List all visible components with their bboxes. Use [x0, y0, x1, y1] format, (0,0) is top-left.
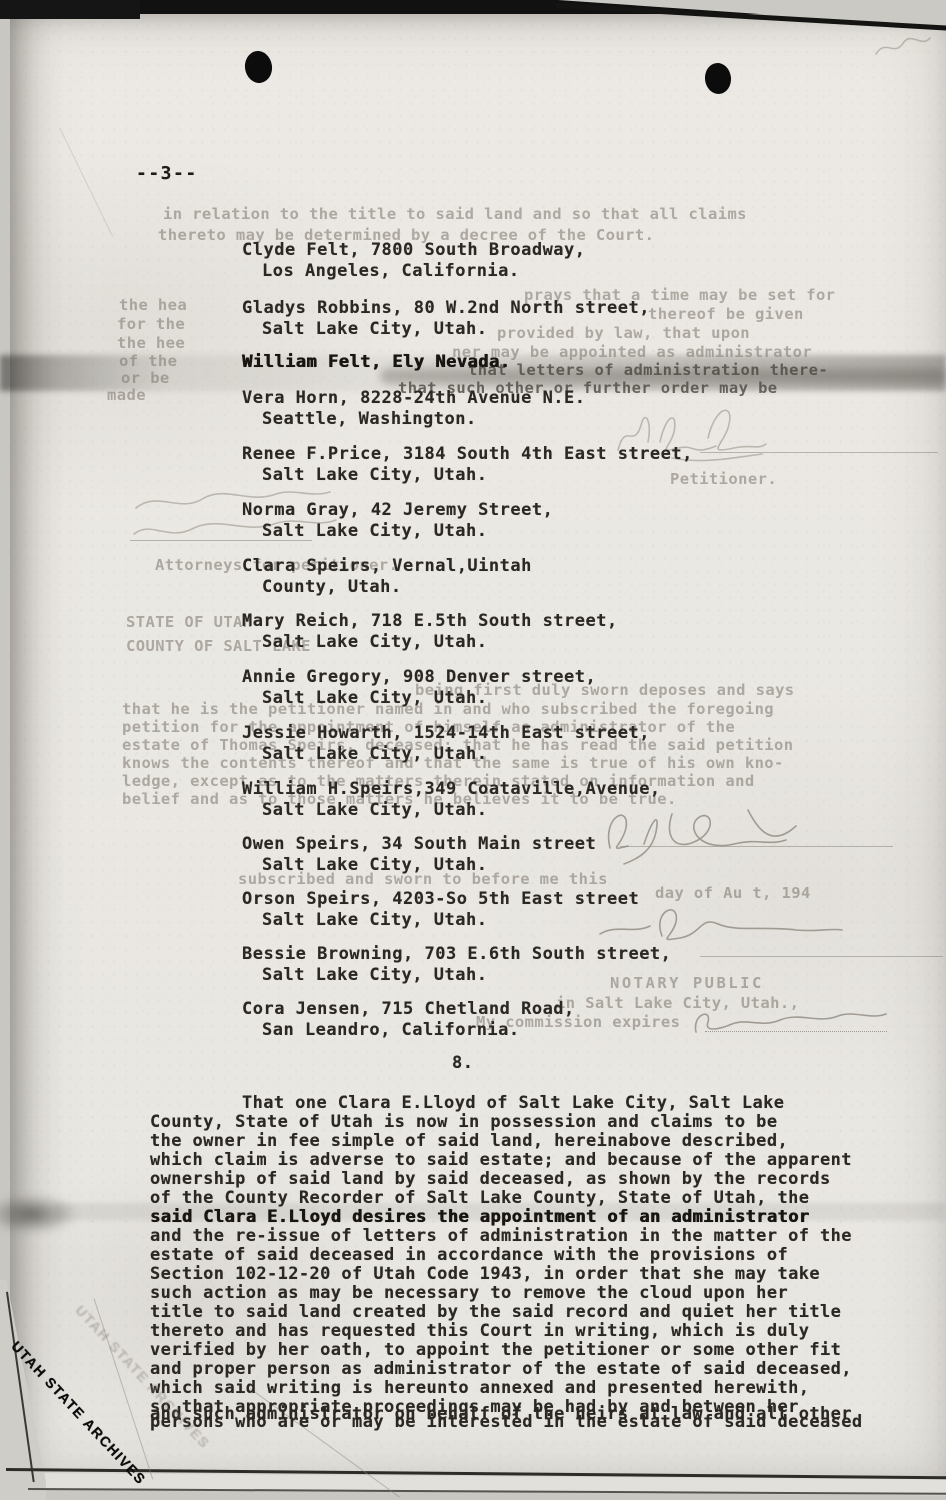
address-entry: Orson Speirs, 4203-So 5th East street Sa… [242, 889, 639, 931]
paragraph-line: estate of said deceased in accordance wi… [150, 1246, 852, 1265]
address-entry: Cora Jensen, 715 Chetland Road, San Lean… [242, 999, 575, 1041]
paragraph-line: verified by her oath, to appoint the pet… [150, 1341, 852, 1360]
underline-rule [700, 956, 943, 957]
paragraph-line: such action as may be necessary to remov… [150, 1284, 852, 1303]
address-entry: William H.Speirs,349 Coataville,Avenue, … [242, 779, 661, 821]
address-line: Gladys Robbins, 80 W.2nd North street, [242, 298, 650, 319]
address-line: San Leandro, California. [242, 1020, 575, 1041]
address-line: Clyde Felt, 7800 South Broadway, [242, 240, 586, 261]
body-paragraph: That one Clara E.Lloyd of Salt Lake City… [150, 1094, 852, 1417]
address-line: Renee F.Price, 3184 South 4th East stree… [242, 444, 693, 465]
bleedthrough-text: of the [119, 352, 177, 370]
bleedthrough-text: the hee [117, 334, 185, 352]
paragraph-line: said Clara E.Lloyd desires the appointme… [150, 1208, 852, 1227]
paragraph-line: That one Clara E.Lloyd of Salt Lake City… [150, 1094, 852, 1113]
address-entry: Clyde Felt, 7800 South Broadway, Los Ang… [242, 240, 586, 282]
bleedthrough-text: that letters of administration there- [468, 361, 828, 379]
paragraph-line: ownership of said land by said deceased,… [150, 1170, 852, 1189]
address-line: Jessie Howarth, 1524-14th East street, [242, 723, 650, 744]
scanner-top-band-corner [0, 0, 140, 19]
address-line: Salt Lake City, Utah. [242, 910, 639, 931]
underline-rule [705, 1030, 887, 1032]
address-line: William Felt, Ely Nevada. [242, 352, 510, 373]
scanned-document-page: in relation to the title to said land an… [0, 0, 946, 1500]
paragraph-line: of the County Recorder of Salt Lake Coun… [150, 1189, 852, 1208]
underline-rule [700, 452, 938, 453]
bleedthrough-text: for the [117, 315, 185, 333]
paragraph-line: the owner in fee simple of said land, he… [150, 1132, 852, 1151]
bleedthrough-text: the hea [119, 296, 187, 314]
address-line: Seattle, Washington. [242, 409, 586, 430]
address-entry: Owen Speirs, 34 South Main street Salt L… [242, 834, 596, 876]
address-line: Los Angeles, California. [242, 261, 586, 282]
address-line: Salt Lake City, Utah. [242, 632, 618, 653]
address-line: Salt Lake City, Utah. [242, 800, 661, 821]
bleedthrough-text: made [107, 386, 146, 404]
pencil-mark [872, 30, 934, 62]
bleedthrough-text: thereof be given [648, 305, 804, 323]
address-entry: Vera Horn, 8228-24th Avenue N.E. Seattle… [242, 388, 586, 430]
address-entry: Bessie Browning, 703 E.6th South street,… [242, 944, 671, 986]
address-line: Mary Reich, 718 E.5th South street, [242, 611, 618, 632]
bleedthrough-text: in relation to the title to said land an… [163, 205, 747, 223]
address-entry: Gladys Robbins, 80 W.2nd North street, S… [242, 298, 650, 340]
address-line: Vera Horn, 8228-24th Avenue N.E. [242, 388, 586, 409]
address-entry: Annie Gregory, 908 Denver street, Salt L… [242, 667, 596, 709]
address-entry: Norma Gray, 42 Jeremy Street, Salt Lake … [242, 500, 553, 542]
address-line: Bessie Browning, 703 E.6th South street, [242, 944, 671, 965]
paragraph-line: and the re-issue of letters of administr… [150, 1227, 852, 1246]
address-line: Clara Speirs, Vernal,Uintah [242, 556, 532, 577]
bleedthrough-text: or be [121, 369, 170, 387]
address-entry: William Felt, Ely Nevada. [242, 352, 510, 373]
address-line: Salt Lake City, Utah. [242, 319, 650, 340]
address-line: Salt Lake City, Utah. [242, 521, 553, 542]
paragraph-line: County, State of Utah is now in possessi… [150, 1113, 852, 1132]
address-entry: Clara Speirs, Vernal,Uintah County, Utah… [242, 556, 532, 598]
paragraph-line: title to said land created by the said r… [150, 1303, 852, 1322]
paragraph-line: and proper person as administrator of th… [150, 1360, 852, 1379]
address-line: Annie Gregory, 908 Denver street, [242, 667, 596, 688]
address-line: Cora Jensen, 715 Chetland Road, [242, 999, 575, 1020]
address-entry: Renee F.Price, 3184 South 4th East stree… [242, 444, 693, 486]
address-line: Owen Speirs, 34 South Main street [242, 834, 596, 855]
address-line: Orson Speirs, 4203-So 5th East street [242, 889, 639, 910]
section-number: 8. [452, 1053, 473, 1073]
paragraph-line: which said writing is hereunto annexed a… [150, 1379, 852, 1398]
address-line: Salt Lake City, Utah. [242, 465, 693, 486]
address-line: Salt Lake City, Utah. [242, 744, 650, 765]
address-entry: Mary Reich, 718 E.5th South street, Salt… [242, 611, 618, 653]
page-number: --3-- [136, 163, 198, 184]
address-entry: Jessie Howarth, 1524-14th East street, S… [242, 723, 650, 765]
paragraph-line: which claim is adverse to said estate; a… [150, 1151, 852, 1170]
paragraph-line: thereto and has requested this Court in … [150, 1322, 852, 1341]
address-line: Salt Lake City, Utah. [242, 855, 596, 876]
paragraph-line: Section 102-12-20 of Utah Code 1943, in … [150, 1265, 852, 1284]
address-line: William H.Speirs,349 Coataville,Avenue, [242, 779, 661, 800]
bleedthrough-text: STATE OF UTAH [126, 613, 253, 631]
overstrike-line: persons who are or may be interested in … [150, 1412, 863, 1432]
address-line: Salt Lake City, Utah. [242, 965, 671, 986]
address-line: County, Utah. [242, 577, 532, 598]
address-line: Norma Gray, 42 Jeremy Street, [242, 500, 553, 521]
underline-rule [620, 846, 893, 847]
address-line: Salt Lake City, Utah. [242, 688, 596, 709]
signature-scribble [690, 1006, 890, 1040]
